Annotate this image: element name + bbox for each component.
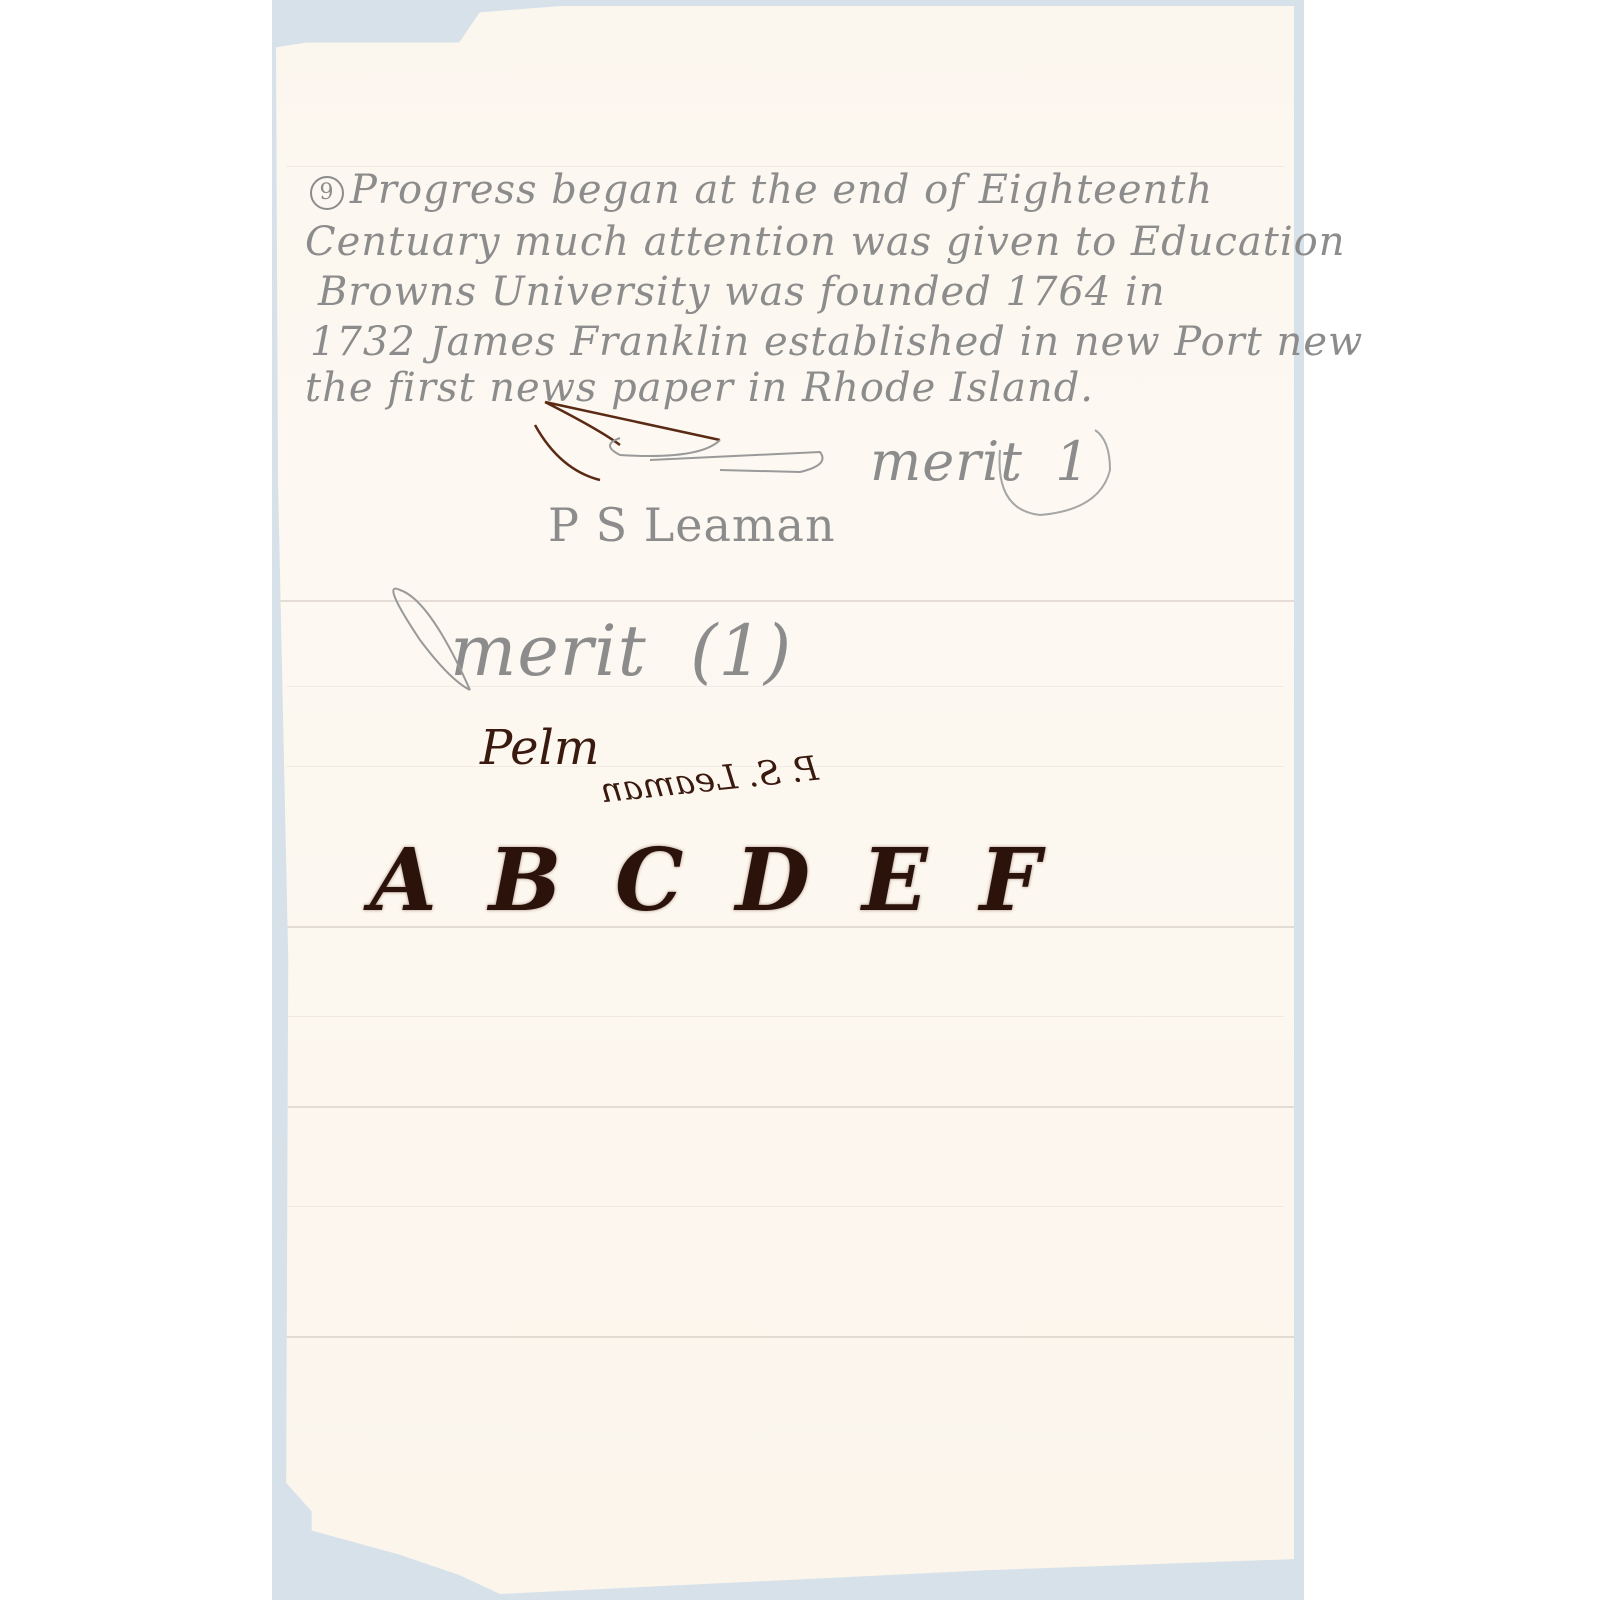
ink-flourish-word: Pelm <box>480 720 599 776</box>
merit-loop-flourish <box>0 0 1600 1600</box>
ornamental-letters: ABCDEF <box>370 830 1093 931</box>
